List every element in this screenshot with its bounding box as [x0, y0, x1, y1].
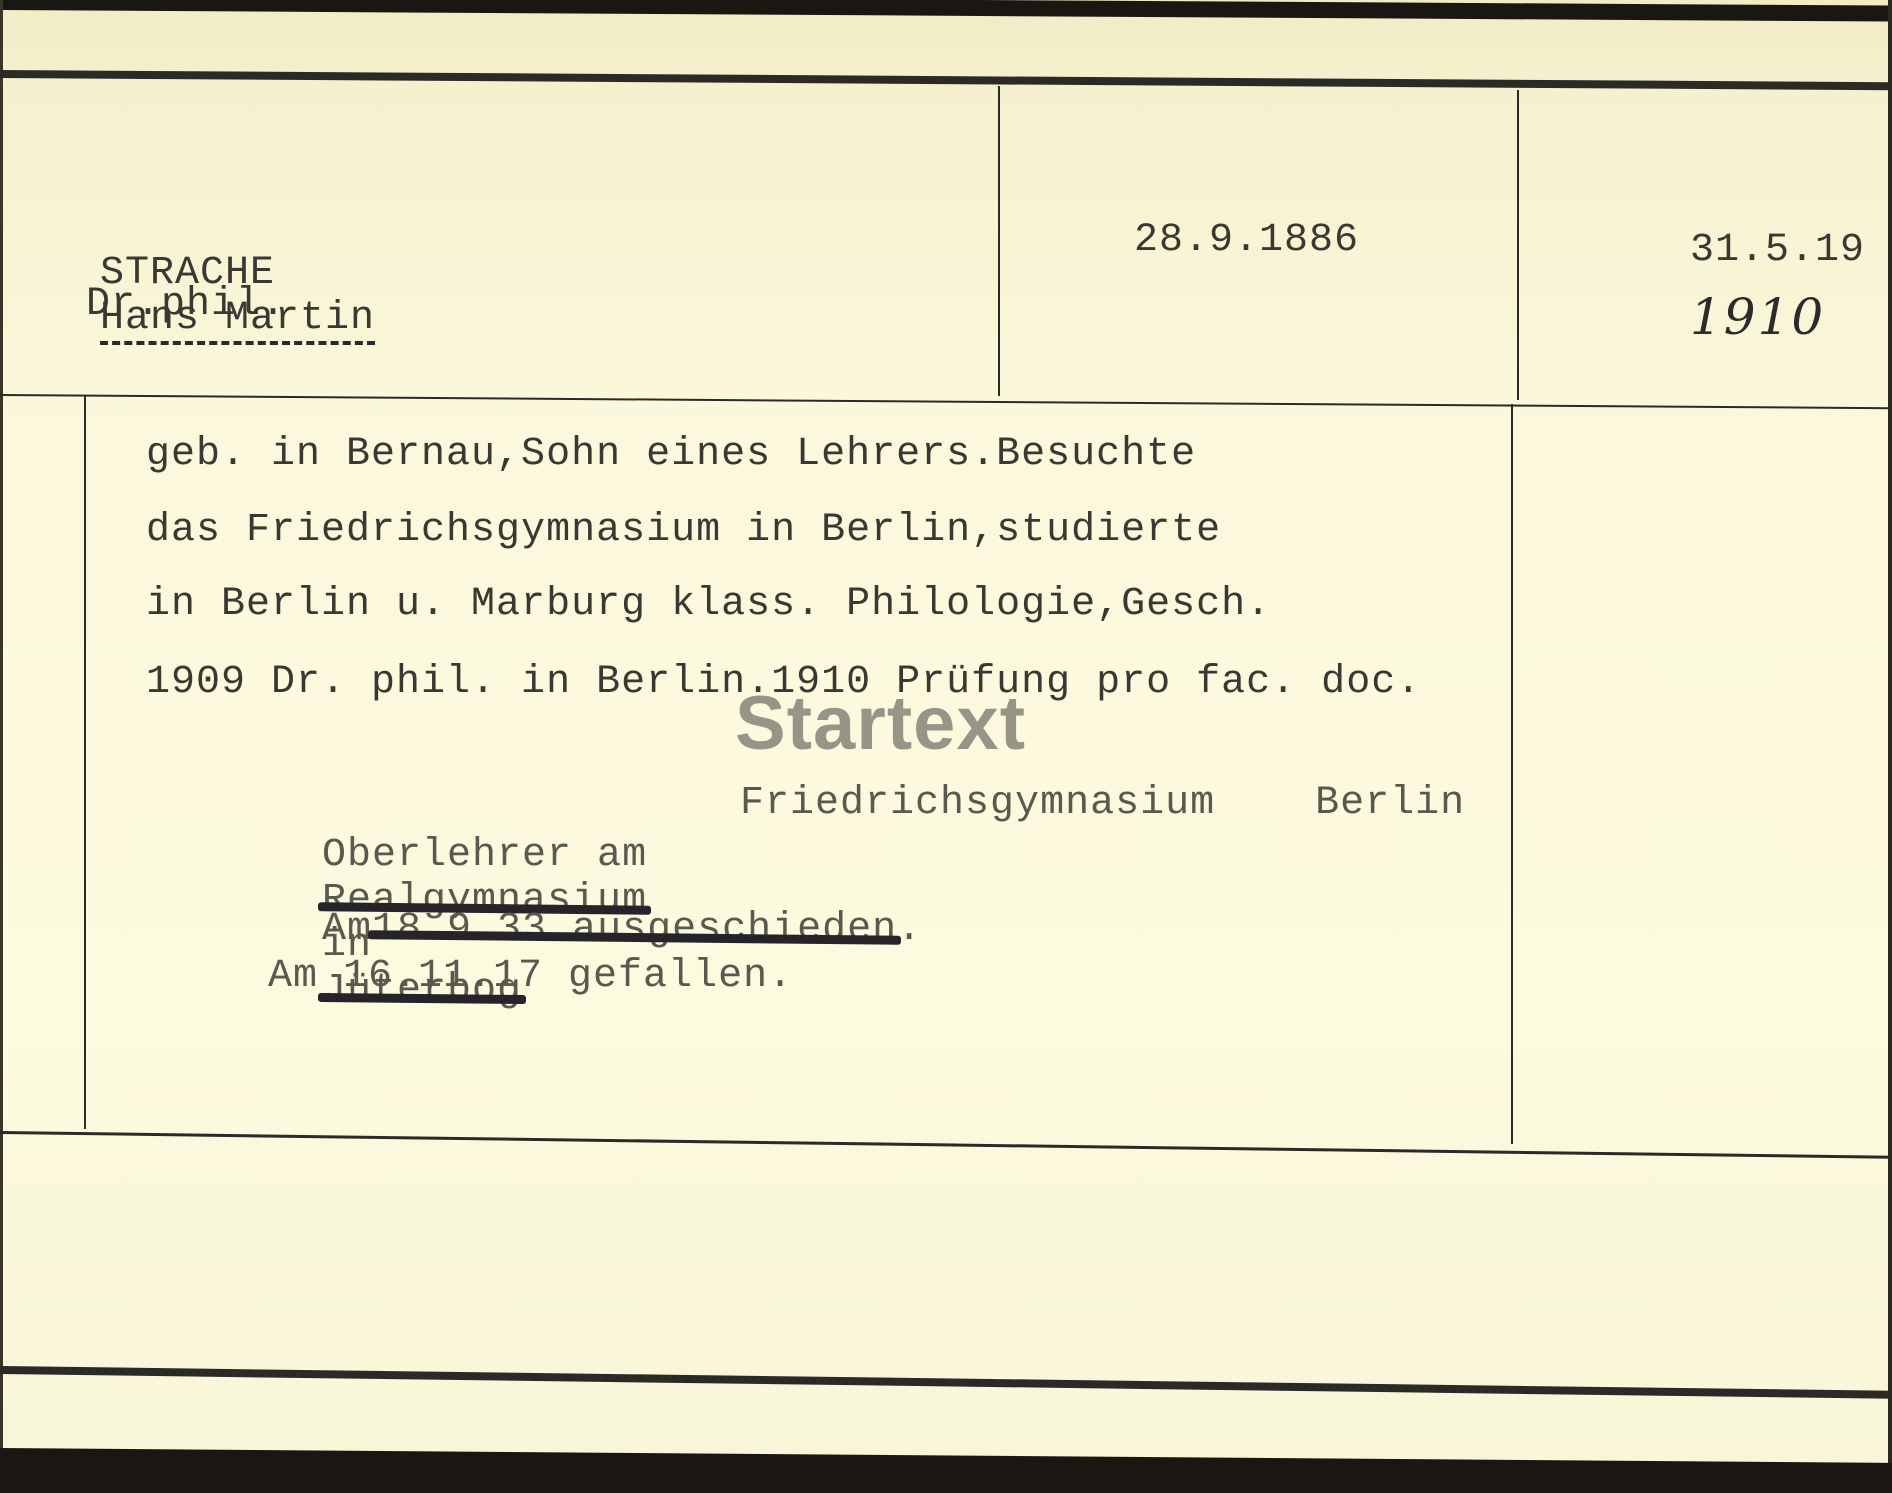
correction-city: Berlin [1315, 781, 1465, 826]
final-note: Am 16.11.17 gefallen. [268, 954, 793, 999]
card-right-edge [1888, 0, 1892, 1467]
academic-title: Dr.phil. [86, 282, 286, 327]
body-right-margin-rule [1511, 404, 1513, 1144]
body-line-2: das Friedrichsgymnasium in Berlin,studie… [146, 508, 1221, 553]
header-divider-2 [1517, 90, 1519, 400]
footer-rule [0, 1366, 1892, 1399]
card-bottom-edge [0, 1448, 1892, 1467]
index-card: STRACHE Hans Martin Dr.phil. 28.9.1886 3… [0, 0, 1892, 1467]
employment-date-handwritten: 1910 [1690, 288, 1825, 346]
watermark: Startext [735, 680, 1026, 767]
header-divider-1 [998, 86, 1000, 396]
struck-line-prefix: Am [322, 907, 372, 952]
body-line-1: geb. in Bernau,Sohn eines Lehrers.Besuch… [146, 432, 1196, 477]
body-line-3: in Berlin u. Marburg klass. Philologie,G… [146, 582, 1271, 627]
struck-line-suffix: . [897, 907, 922, 952]
struck-line-text: 18.9.33 ausgeschieden [372, 907, 897, 952]
body-bottom-rule [0, 1131, 1892, 1159]
header-bottom-rule [0, 394, 1892, 409]
header-top-rule [0, 70, 1892, 90]
card-top-edge [0, 0, 1892, 22]
birth-date: 28.9.1886 [1134, 218, 1359, 263]
employment-date-typed: 31.5.19 [1690, 228, 1865, 273]
correction-school: Friedrichsgymnasium [740, 781, 1215, 826]
body-left-margin-rule [84, 396, 86, 1129]
